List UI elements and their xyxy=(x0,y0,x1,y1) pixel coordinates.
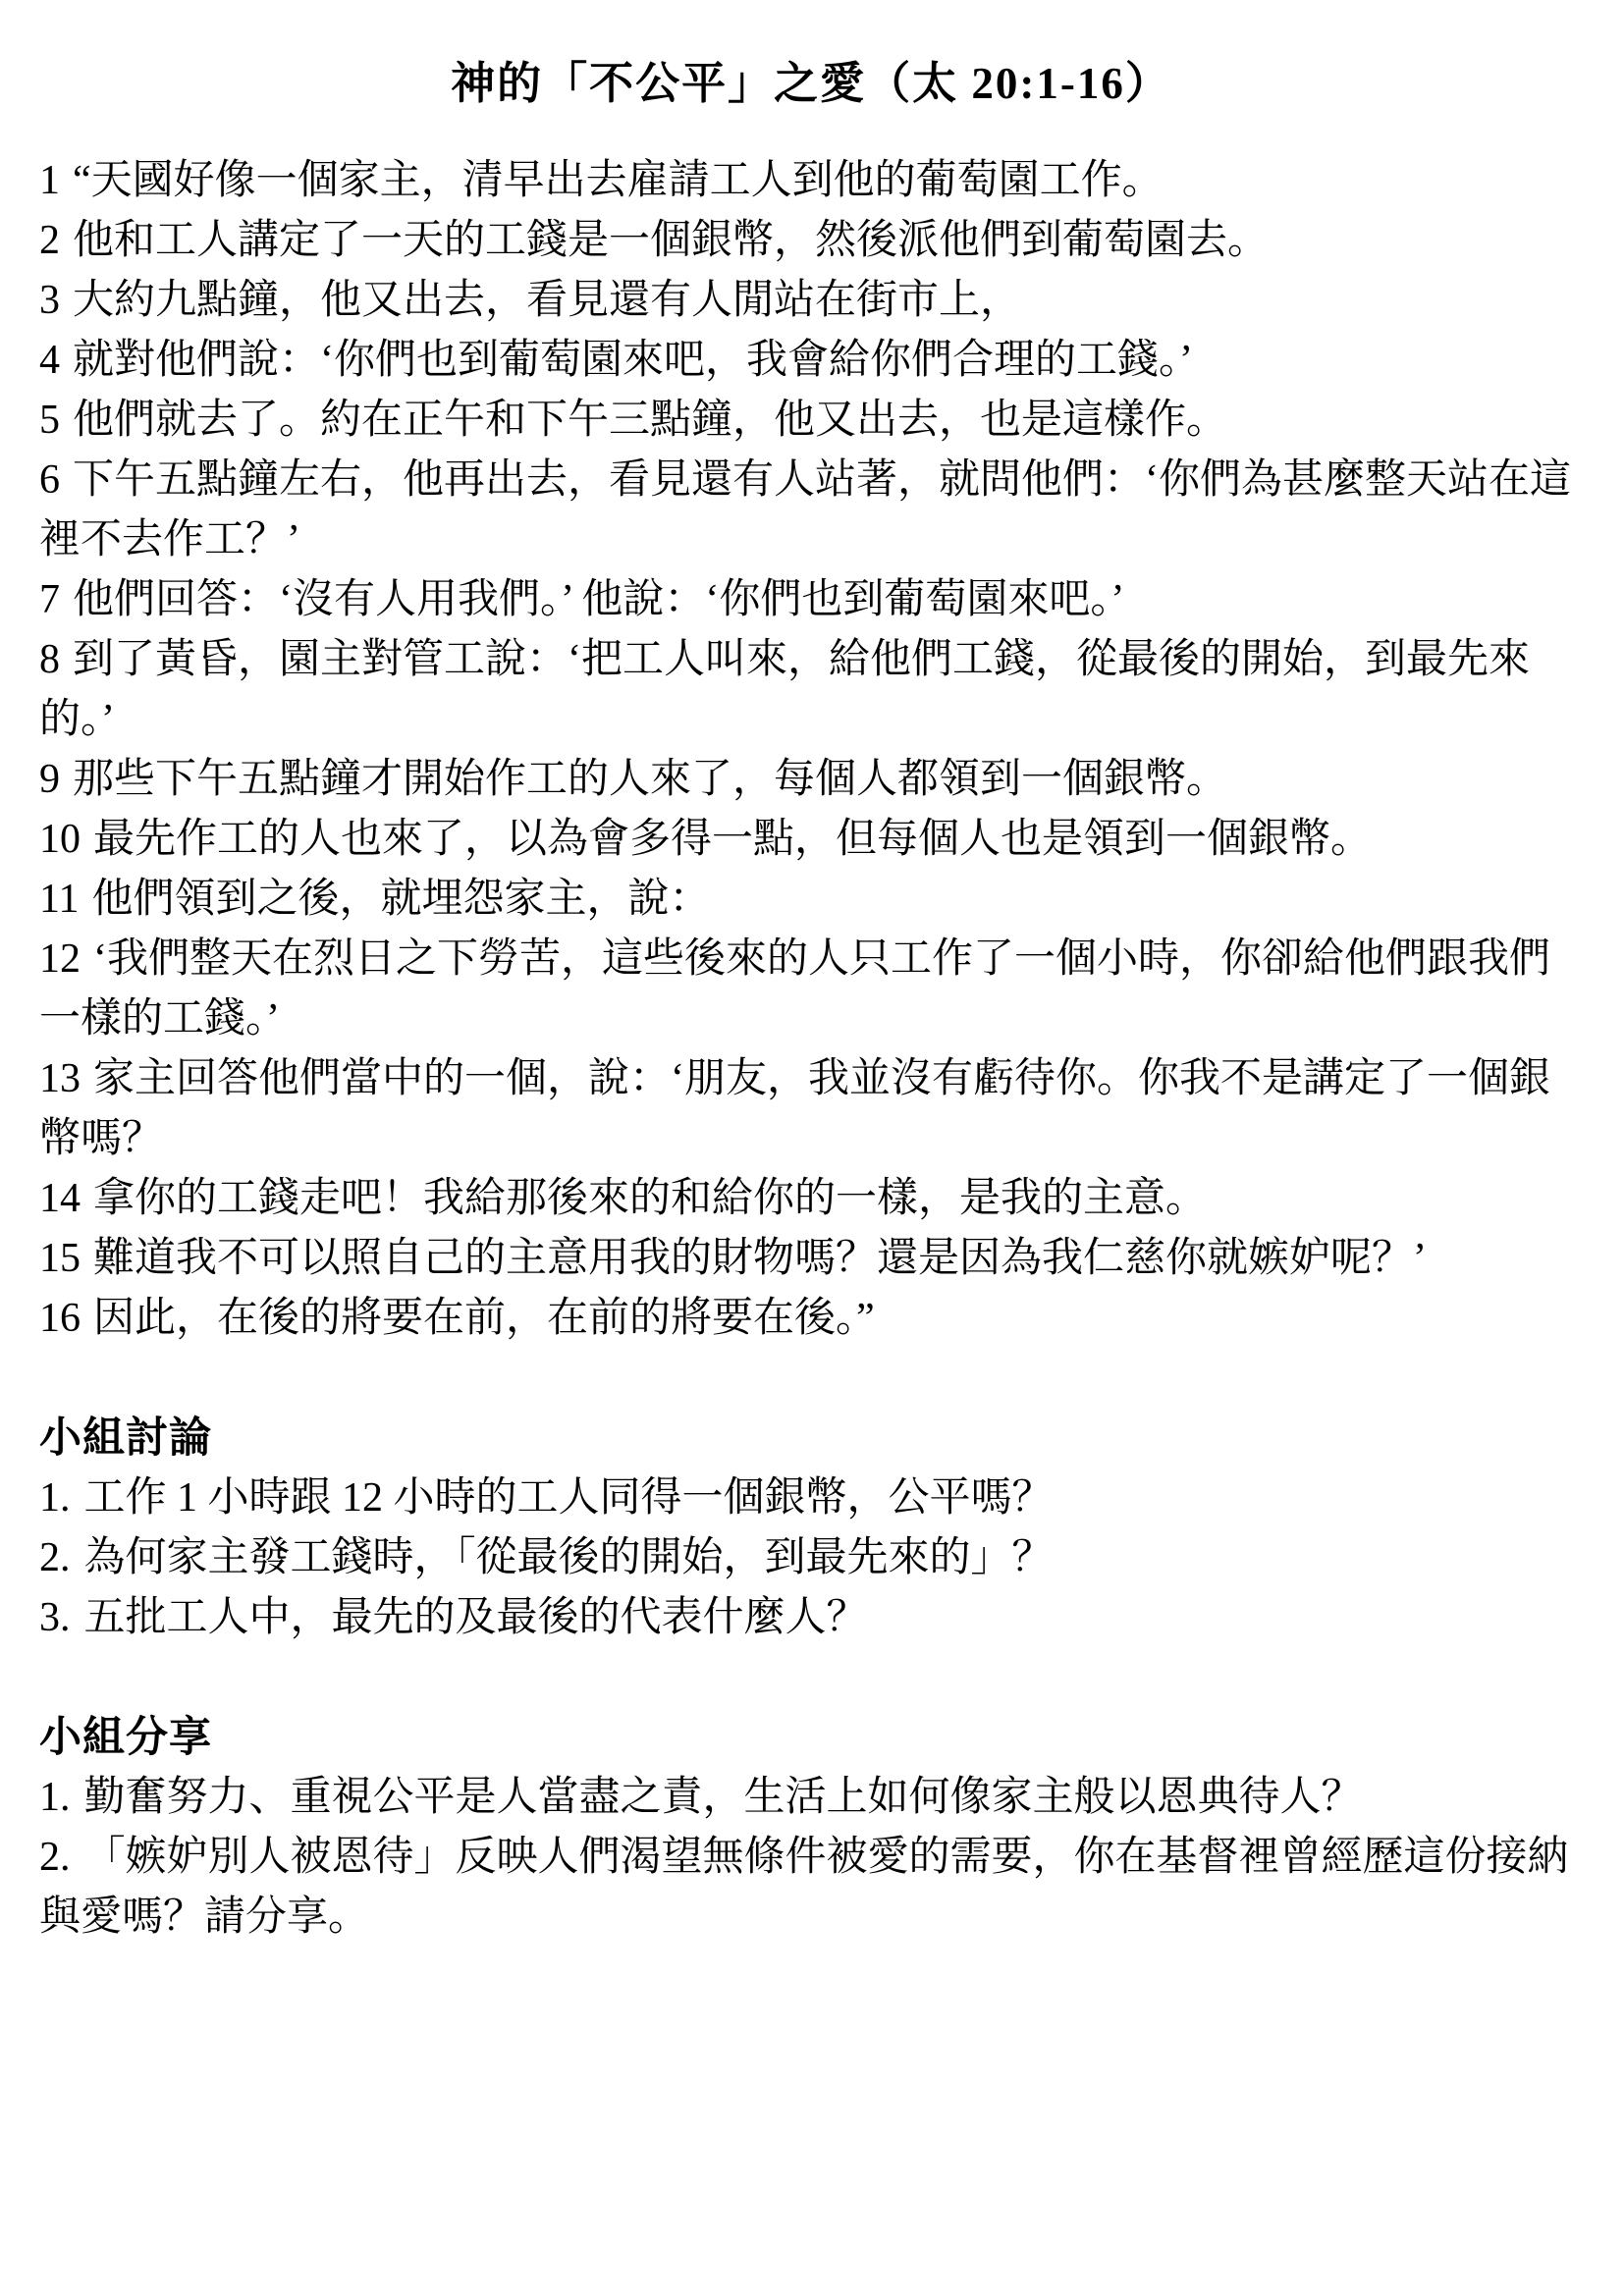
item-number: 1. xyxy=(39,1475,71,1521)
item-number: 1. xyxy=(39,1775,71,1820)
verse-text: 最先作工的人也來了，以為會多得一點，但每個人也是領到一個銀幣。 xyxy=(93,817,1372,862)
verse-text: 家主回答他們當中的一個，說：‘朋友，我並沒有虧待你。你我不是講定了一個銀幣嗎？ xyxy=(39,1056,1550,1161)
verse-line: 11他們領到之後，就埋怨家主，說： xyxy=(39,870,1583,930)
verse-number: 13 xyxy=(39,1056,81,1101)
verse-line: 16因此，在後的將要在前，在前的將要在後。” xyxy=(39,1289,1583,1349)
document-title: 神的「不公平」之愛（太 20:1-16） xyxy=(39,55,1583,112)
verse-text: 因此，在後的將要在前，在前的將要在後。” xyxy=(93,1296,875,1341)
item-text: 五批工人中，最先的及最後的代表什麼人？ xyxy=(84,1595,868,1640)
verse-text: 大約九點鐘，他又出去，看見還有人閒站在街市上， xyxy=(73,278,1021,323)
verse-number: 6 xyxy=(39,457,60,503)
item-number: 2. xyxy=(39,1535,71,1580)
verse-line: 8到了黃昏，園主對管工說：‘把工人叫來，給他們工錢，從最後的開始，到最先來的。’ xyxy=(39,630,1583,750)
discussion-item: 2.為何家主發工錢時，「從最後的開始，到最先來的」？ xyxy=(39,1528,1583,1588)
verse-text: 他們回答：‘沒有人用我們。’ 他說：‘你們也到葡萄園來吧。’ xyxy=(73,577,1124,622)
verse-text: 下午五點鐘左右，他再出去，看見還有人站著，就問他們：‘你們為甚麼整天站在這裡不去… xyxy=(39,457,1571,562)
verse-line: 5他們就去了。約在正午和下午三點鐘，他又出去，也是這樣作。 xyxy=(39,391,1583,451)
document-page: 神的「不公平」之愛（太 20:1-16） 1“天國好像一個家主，清早出去雇請工人… xyxy=(0,0,1624,2296)
scripture-passage: 1“天國好像一個家主，清早出去雇請工人到他的葡萄園工作。 2他和工人講定了一天的… xyxy=(39,151,1583,1349)
sharing-section: 小組分享 1.勤奮努力、重視公平是人當盡之責，生活上如何像家主般以恩典待人？ 2… xyxy=(39,1708,1583,1948)
discussion-item: 3.五批工人中，最先的及最後的代表什麼人？ xyxy=(39,1588,1583,1648)
verse-line: 12‘我們整天在烈日之下勞苦，這些後來的人只工作了一個小時，你卻給他們跟我們一樣… xyxy=(39,930,1583,1049)
verse-number: 9 xyxy=(39,757,60,802)
verse-number: 4 xyxy=(39,338,60,383)
verse-number: 10 xyxy=(39,817,81,862)
sharing-item: 2.「嫉妒別人被恩待」反映人們渴望無條件被愛的需要，你在基督裡曾經歷這份接納與愛… xyxy=(39,1828,1583,1948)
verse-text: 他和工人講定了一天的工錢是一個銀幣，然後派他們到葡萄園去。 xyxy=(73,218,1269,263)
verse-number: 5 xyxy=(39,398,60,443)
item-text: 為何家主發工錢時，「從最後的開始，到最先來的」？ xyxy=(84,1535,1054,1580)
verse-text: 到了黃昏，園主對管工說：‘把工人叫來，給他們工錢，從最後的開始，到最先來的。’ xyxy=(39,637,1530,742)
verse-number: 16 xyxy=(39,1296,81,1341)
verse-line: 2他和工人講定了一天的工錢是一個銀幣，然後派他們到葡萄園去。 xyxy=(39,211,1583,271)
discussion-heading: 小組討論 xyxy=(39,1409,1583,1468)
verse-line: 3大約九點鐘，他又出去，看見還有人閒站在街市上， xyxy=(39,271,1583,331)
verse-text: ‘我們整天在烈日之下勞苦，這些後來的人只工作了一個小時，你卻給他們跟我們一樣的工… xyxy=(39,936,1550,1041)
verse-number: 7 xyxy=(39,577,60,622)
item-number: 2. xyxy=(39,1835,71,1880)
verse-text: 他們就去了。約在正午和下午三點鐘，他又出去，也是這樣作。 xyxy=(73,398,1227,443)
sharing-item: 1.勤奮努力、重視公平是人當盡之責，生活上如何像家主般以恩典待人？ xyxy=(39,1768,1583,1828)
discussion-item: 1.工作 1 小時跟 12 小時的工人同得一個銀幣，公平嗎？ xyxy=(39,1468,1583,1528)
verse-line: 14拿你的工錢走吧！我給那後來的和給你的一樣，是我的主意。 xyxy=(39,1169,1583,1229)
verse-text: 那些下午五點鐘才開始作工的人來了，每個人都領到一個銀幣。 xyxy=(73,757,1227,802)
verse-line: 6下午五點鐘左右，他再出去，看見還有人站著，就問他們：‘你們為甚麼整天站在這裡不… xyxy=(39,451,1583,570)
verse-number: 3 xyxy=(39,278,60,323)
verse-text: 拿你的工錢走吧！我給那後來的和給你的一樣，是我的主意。 xyxy=(93,1176,1207,1221)
sharing-heading: 小組分享 xyxy=(39,1708,1583,1768)
verse-line: 4就對他們說：‘你們也到葡萄園來吧，我會給你們合理的工錢。’ xyxy=(39,331,1583,391)
verse-line: 1“天國好像一個家主，清早出去雇請工人到他的葡萄園工作。 xyxy=(39,151,1583,211)
verse-line: 15難道我不可以照自己的主意用我的財物嗎？還是因為我仁慈你就嫉妒呢？’ xyxy=(39,1229,1583,1289)
item-text: 勤奮努力、重視公平是人當盡之責，生活上如何像家主般以恩典待人？ xyxy=(84,1775,1363,1820)
verse-text: 就對他們說：‘你們也到葡萄園來吧，我會給你們合理的工錢。’ xyxy=(73,338,1193,383)
verse-number: 11 xyxy=(39,877,79,922)
verse-line: 7他們回答：‘沒有人用我們。’ 他說：‘你們也到葡萄園來吧。’ xyxy=(39,570,1583,630)
verse-number: 15 xyxy=(39,1236,81,1281)
verse-text: “天國好像一個家主，清早出去雇請工人到他的葡萄園工作。 xyxy=(73,158,1164,203)
item-text: 工作 1 小時跟 12 小時的工人同得一個銀幣，公平嗎？ xyxy=(84,1475,1054,1521)
item-number: 3. xyxy=(39,1595,71,1640)
verse-text: 他們領到之後，就埋怨家主，說： xyxy=(91,877,710,922)
discussion-section: 小組討論 1.工作 1 小時跟 12 小時的工人同得一個銀幣，公平嗎？ 2.為何… xyxy=(39,1409,1583,1648)
verse-number: 12 xyxy=(39,936,81,982)
verse-number: 1 xyxy=(39,158,60,203)
verse-line: 10最先作工的人也來了，以為會多得一點，但每個人也是領到一個銀幣。 xyxy=(39,810,1583,870)
verse-line: 13家主回答他們當中的一個，說：‘朋友，我並沒有虧待你。你我不是講定了一個銀幣嗎… xyxy=(39,1049,1583,1169)
item-text: 「嫉妒別人被恩待」反映人們渴望無條件被愛的需要，你在基督裡曾經歷這份接納與愛嗎？… xyxy=(39,1835,1569,1940)
verse-number: 14 xyxy=(39,1176,81,1221)
verse-number: 8 xyxy=(39,637,60,682)
verse-text: 難道我不可以照自己的主意用我的財物嗎？還是因為我仁慈你就嫉妒呢？’ xyxy=(93,1236,1427,1281)
verse-line: 9那些下午五點鐘才開始作工的人來了，每個人都領到一個銀幣。 xyxy=(39,750,1583,810)
verse-number: 2 xyxy=(39,218,60,263)
